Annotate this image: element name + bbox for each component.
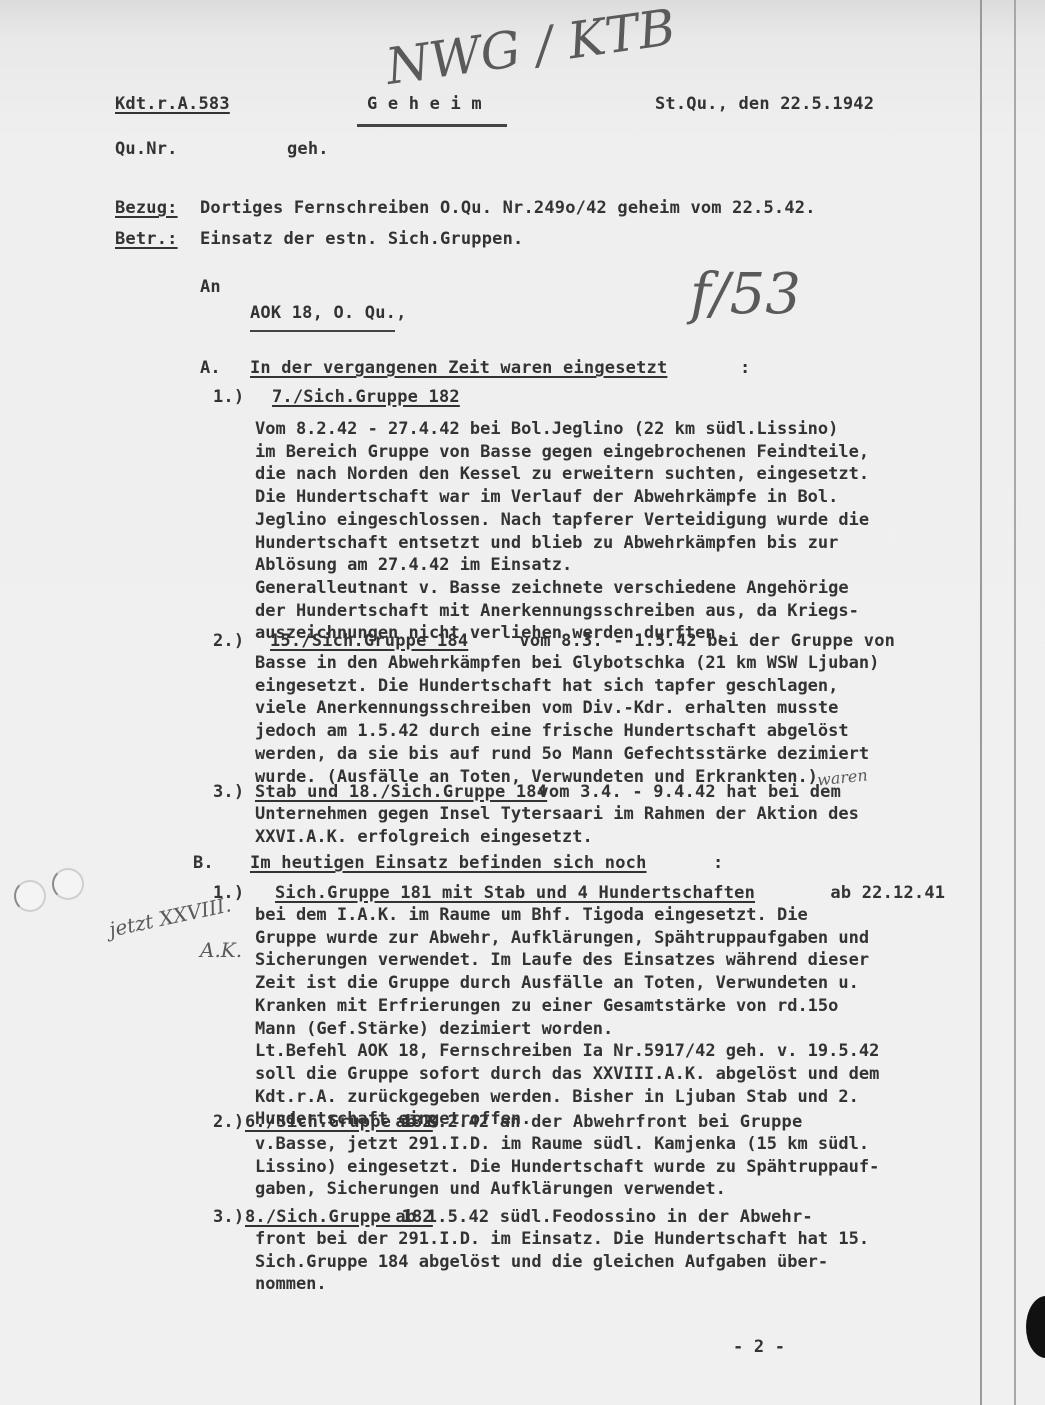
- item-number: 2.): [213, 630, 244, 652]
- section-b-colon: :: [713, 852, 723, 874]
- body-text-line: Kranken mit Erfrierungen zu einer Gesamt…: [255, 995, 838, 1017]
- punch-hole: [14, 880, 46, 912]
- body-text-line: viele Anerkennungsschreiben vom Div.-Kdr…: [255, 697, 838, 719]
- item-first-line: ab 8.2.42 an der Abwehrfront bei Gruppe: [385, 1111, 802, 1133]
- body-text-line: Ablösung am 27.4.42 im Einsatz.: [255, 554, 572, 576]
- section-a-letter: A.: [200, 357, 221, 379]
- sender: Kdt.r.A.583: [115, 93, 230, 115]
- body-text-line: bei dem I.A.K. im Raume um Bhf. Tigoda e…: [255, 904, 808, 926]
- item-first-line: vom 8.3. - 1.5.42 bei der Gruppe von: [509, 630, 895, 652]
- handwritten-stamp: NWG / KTB: [382, 0, 678, 96]
- body-text-line: im Bereich Gruppe von Basse gegen eingeb…: [255, 441, 869, 463]
- ref-number-label: Qu.Nr.: [115, 138, 178, 160]
- classification: G e h e i m: [367, 93, 482, 115]
- betr-label: Betr.:: [115, 228, 178, 250]
- body-text-line: Sich.Gruppe 184 abgelöst und die gleiche…: [255, 1251, 828, 1273]
- betr-text: Einsatz der estn. Sich.Gruppen.: [200, 228, 523, 250]
- section-b-letter: B.: [193, 852, 214, 874]
- classification-underline: [357, 124, 507, 127]
- body-text-line: eingesetzt. Die Hundertschaft hat sich t…: [255, 675, 838, 697]
- document-page: NWG / KTB f/53 jetzt XXVIII. A.K. waren …: [0, 0, 1045, 1405]
- item-number: 3.): [213, 781, 244, 803]
- body-text-line: front bei der 291.I.D. im Einsatz. Die H…: [255, 1228, 869, 1250]
- body-text-line: Vom 8.2.42 - 27.4.42 bei Bol.Jeglino (22…: [255, 418, 838, 440]
- item-title: Sich.Gruppe 181 mit Stab und 4 Hundertsc…: [275, 882, 755, 904]
- body-text-line: Generalleutnant v. Basse zeichnete versc…: [255, 577, 849, 599]
- body-text-line: Basse in den Abwehrkämpfen bei Glybotsch…: [255, 652, 879, 674]
- place-date: St.Qu., den 22.5.1942: [655, 93, 874, 115]
- body-text-line: jedoch am 1.5.42 durch eine frische Hund…: [255, 720, 849, 742]
- page-indicator: - 2 -: [733, 1336, 785, 1358]
- body-text-line: Mann (Gef.Stärke) dezimiert worden.: [255, 1018, 613, 1040]
- handwritten-page-mark: f/53: [690, 262, 801, 327]
- ink-blot: [1026, 1296, 1045, 1358]
- body-text-line: werden, da sie bis auf rund 5o Mann Gefe…: [255, 743, 869, 765]
- body-text-line: Hundertschaft entsetzt und blieb zu Abwe…: [255, 532, 838, 554]
- body-text-line: Gruppe wurde zur Abwehr, Aufklärungen, S…: [255, 927, 869, 949]
- bezug-label: Bezug:: [115, 197, 178, 219]
- item-title: 7./Sich.Gruppe 182: [272, 386, 460, 408]
- body-text-line: Unternehmen gegen Insel Tytersaari im Ra…: [255, 803, 859, 825]
- handwritten-margin-note: A.K.: [200, 938, 242, 962]
- body-text-line: soll die Gruppe sofort durch das XXVIII.…: [255, 1063, 879, 1085]
- item-number: 1.): [213, 386, 244, 408]
- punch-hole: [52, 868, 84, 900]
- item-title: Stab und 18./Sich.Gruppe 184: [255, 781, 547, 803]
- body-text-line: Zeit ist die Gruppe durch Ausfälle an To…: [255, 972, 859, 994]
- body-text-line: Sicherungen verwendet. Im Laufe des Eins…: [255, 949, 869, 971]
- item-number: 3.): [213, 1206, 244, 1228]
- body-text-line: der Hundertschaft mit Anerkennungsschrei…: [255, 600, 859, 622]
- margin-line: [980, 0, 982, 1405]
- item-number: 2.): [213, 1111, 244, 1133]
- body-text-line: v.Basse, jetzt 291.I.D. im Raume südl. K…: [255, 1133, 869, 1155]
- body-text-line: Lt.Befehl AOK 18, Fernschreiben Ia Nr.59…: [255, 1040, 879, 1062]
- recipient-prefix: An: [200, 276, 221, 298]
- bezug-text: Dortiges Fernschreiben O.Qu. Nr.249o/42 …: [200, 197, 816, 219]
- body-text-line: Kdt.r.A. zurückgegeben werden. Bisher in…: [255, 1086, 859, 1108]
- margin-line: [1014, 0, 1016, 1405]
- body-text-line: die nach Norden den Kessel zu erweitern …: [255, 463, 869, 485]
- section-a-heading: In der vergangenen Zeit waren eingesetzt: [250, 357, 667, 379]
- body-text-line: Jeglino eingeschlossen. Nach tapferer Ve…: [255, 509, 869, 531]
- item-first-line: ab 1.5.42 südl.Feodossino in der Abwehr-: [385, 1206, 813, 1228]
- section-b-heading: Im heutigen Einsatz befinden sich noch: [250, 852, 647, 874]
- item-number: 1.): [213, 882, 244, 904]
- ref-number-suffix: geh.: [287, 138, 329, 160]
- body-text-line: Die Hundertschaft war im Verlauf der Abw…: [255, 486, 838, 508]
- section-a-colon: :: [740, 357, 750, 379]
- item-title: 15./Sich.Gruppe 184: [270, 630, 468, 652]
- recipient-underline: [250, 330, 395, 332]
- body-text-line: nommen.: [255, 1273, 327, 1295]
- body-text-line: Lissino) eingesetzt. Die Hundertschaft w…: [255, 1156, 879, 1178]
- body-text-line: XXVI.A.K. erfolgreich eingesetzt.: [255, 826, 593, 848]
- item-first-line: ab 22.12.41: [820, 882, 945, 904]
- body-text-line: gaben, Sicherungen und Aufklärungen verw…: [255, 1178, 726, 1200]
- item-first-line: vom 3.4. - 9.4.42 hat bei dem: [528, 781, 841, 803]
- recipient-name: AOK 18, O. Qu.,: [250, 302, 407, 324]
